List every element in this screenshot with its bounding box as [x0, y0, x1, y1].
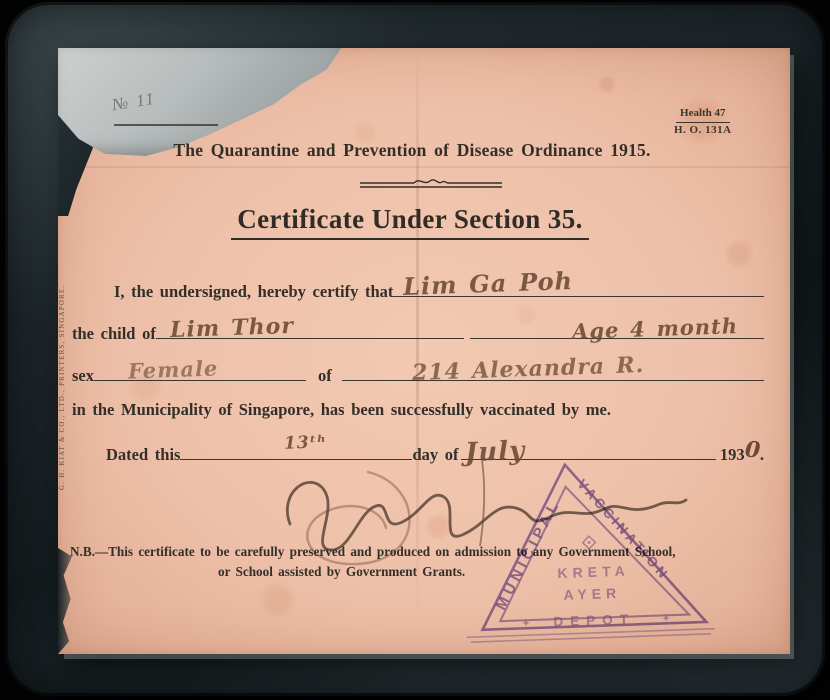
form-reference-bottom: H. O. 131A [674, 123, 732, 138]
printer-imprint: G. H. KIAT & CO., LTD., PRINTERS, SINGAP… [59, 234, 73, 490]
child-name-field: Lim Ga Poh [393, 278, 764, 297]
address-handwriting: 214 Alexandra R. [411, 352, 644, 386]
certify-label: I, the undersigned, hereby certify that [114, 282, 393, 302]
stamp-ayer: AYER [563, 585, 621, 603]
stamp-kreta: KRETA [557, 563, 630, 582]
dated-this-label: Dated this [106, 445, 180, 465]
certificate-paper: № 11 Health 47 H. O. 131A The Quarantine… [58, 48, 790, 654]
form-reference-top: Health 47 [676, 106, 730, 123]
child-of-label: the child of [72, 324, 156, 344]
certificate-title-text: Certificate Under Section 35. [231, 204, 589, 240]
municipality-line: in the Municipality of Singapore, has be… [72, 400, 764, 420]
stamp-depot: DEPOT [553, 611, 635, 629]
of-label: of [318, 366, 332, 386]
municipality-text: in the Municipality of Singapore, has be… [72, 400, 611, 420]
stamp-star-right: ✦ [662, 613, 670, 623]
certify-line: I, the undersigned, hereby certify that … [72, 278, 764, 302]
sex-address-line: sex Female of 214 Alexandra R. [72, 362, 764, 386]
age-field: Age 4 month [470, 320, 764, 339]
parent-line: the child of Lim Thor Age 4 month [72, 320, 764, 344]
certificate-title: Certificate Under Section 35. [44, 204, 776, 240]
sex-label: sex [72, 366, 94, 386]
parent-name-field: Lim Thor [156, 320, 464, 339]
stamp-star-left: ✦ [522, 618, 530, 628]
year-printed: 193 [720, 445, 745, 465]
age-handwriting: Age 4 month [572, 313, 739, 344]
serial-underline [114, 124, 218, 126]
decorative-rule [358, 176, 504, 192]
parent-name-handwriting: Lim Thor [169, 313, 294, 343]
sex-handwriting: Female [128, 355, 219, 383]
child-name-handwriting: Lim Ga Poh [403, 266, 574, 301]
address-field: 214 Alexandra R. [342, 362, 764, 381]
paper-crease-horizontal [58, 166, 790, 168]
year-handwriting: 0 [744, 436, 761, 463]
sex-field: Female [94, 362, 306, 381]
ordinance-title: The Quarantine and Prevention of Disease… [46, 140, 778, 161]
year-period: . [760, 445, 764, 465]
stamp-left-text: MUNICIPAL [492, 496, 564, 613]
form-reference: Health 47 H. O. 131A [674, 106, 732, 138]
municipal-vaccination-stamp: MUNICIPAL VACCINATION KRETA AYER ✦ DEPOT… [459, 452, 720, 661]
certificate-photo: № 11 Health 47 H. O. 131A The Quarantine… [0, 0, 830, 700]
